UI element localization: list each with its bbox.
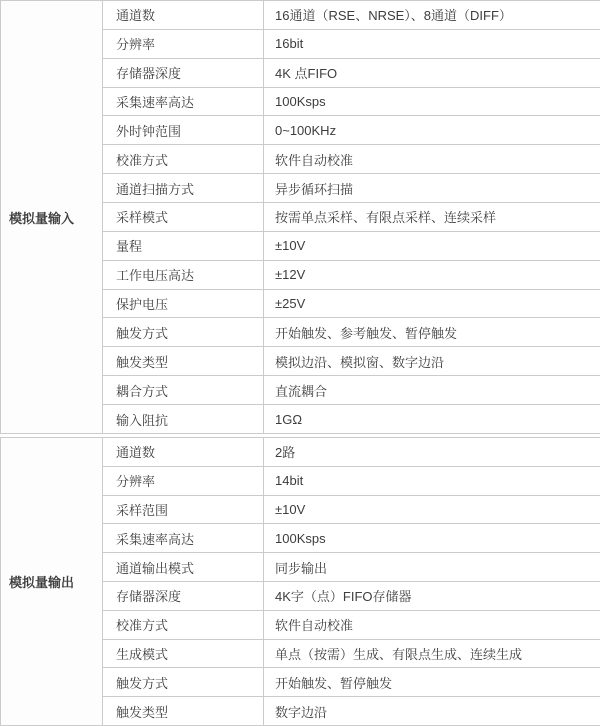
spec-param-cell: 触发方式 [103, 318, 264, 347]
spec-value-cell: 4K字（点）FIFO存储器 [264, 581, 600, 610]
spec-param-cell: 分辨率 [103, 29, 264, 58]
spec-value-cell: 16bit [264, 29, 600, 58]
spec-value-cell: 1GΩ [264, 405, 600, 434]
spec-param-cell: 输入阻抗 [103, 405, 264, 434]
spec-value-cell: 0~100KHz [264, 116, 600, 145]
spec-value-cell: 2路 [264, 438, 600, 467]
spec-param-cell: 采集速率高达 [103, 87, 264, 116]
spec-value-cell: ±10V [264, 495, 600, 524]
section-header-analog-input: 模拟量输入 [1, 1, 103, 434]
spec-param-cell: 生成模式 [103, 639, 264, 668]
spec-value-cell: ±10V [264, 231, 600, 260]
spec-value-cell: 开始触发、参考触发、暂停触发 [264, 318, 600, 347]
analog-output-spec-table: 模拟量输出 通道数 2路 分辨率 14bit 采样范围 ±10V 采集速率高达 … [0, 437, 600, 726]
spec-param-cell: 采样范围 [103, 495, 264, 524]
spec-param-cell: 采集速率高达 [103, 524, 264, 553]
spec-param-cell: 校准方式 [103, 145, 264, 174]
spec-param-cell: 触发类型 [103, 347, 264, 376]
spec-value-cell: 4K 点FIFO [264, 58, 600, 87]
spec-param-cell: 量程 [103, 231, 264, 260]
spec-value-cell: 同步输出 [264, 553, 600, 582]
spec-value-cell: ±12V [264, 260, 600, 289]
table-row: 模拟量输入 通道数 16通道（RSE、NRSE）、8通道（DIFF） [1, 1, 600, 30]
spec-value-cell: 数字边沿 [264, 697, 600, 726]
spec-value-cell: 软件自动校准 [264, 610, 600, 639]
spec-param-cell: 通道数 [103, 438, 264, 467]
spec-param-cell: 存储器深度 [103, 58, 264, 87]
spec-value-cell: 单点（按需）生成、有限点生成、连续生成 [264, 639, 600, 668]
spec-param-cell: 分辨率 [103, 466, 264, 495]
spec-value-cell: 开始触发、暂停触发 [264, 668, 600, 697]
spec-param-cell: 工作电压高达 [103, 260, 264, 289]
spec-value-cell: 100Ksps [264, 524, 600, 553]
section-header-analog-output: 模拟量输出 [1, 438, 103, 726]
spec-param-cell: 存储器深度 [103, 581, 264, 610]
spec-value-cell: 14bit [264, 466, 600, 495]
spec-value-cell: 按需单点采样、有限点采样、连续采样 [264, 203, 600, 232]
spec-value-cell: 16通道（RSE、NRSE）、8通道（DIFF） [264, 1, 600, 30]
spec-param-cell: 采样模式 [103, 203, 264, 232]
spec-value-cell: 100Ksps [264, 87, 600, 116]
spec-param-cell: 通道数 [103, 1, 264, 30]
spec-param-cell: 保护电压 [103, 289, 264, 318]
spec-param-cell: 触发类型 [103, 697, 264, 726]
spec-value-cell: 直流耦合 [264, 376, 600, 405]
spec-value-cell: 模拟边沿、模拟窗、数字边沿 [264, 347, 600, 376]
spec-param-cell: 校准方式 [103, 610, 264, 639]
spec-param-cell: 触发方式 [103, 668, 264, 697]
spec-value-cell: 异步循环扫描 [264, 174, 600, 203]
spec-sheet: 模拟量输入 通道数 16通道（RSE、NRSE）、8通道（DIFF） 分辨率 1… [0, 0, 600, 726]
spec-param-cell: 外时钟范围 [103, 116, 264, 145]
analog-input-spec-table: 模拟量输入 通道数 16通道（RSE、NRSE）、8通道（DIFF） 分辨率 1… [0, 0, 600, 434]
spec-value-cell: 软件自动校准 [264, 145, 600, 174]
spec-param-cell: 通道扫描方式 [103, 174, 264, 203]
spec-value-cell: ±25V [264, 289, 600, 318]
spec-param-cell: 耦合方式 [103, 376, 264, 405]
spec-param-cell: 通道输出模式 [103, 553, 264, 582]
table-row: 模拟量输出 通道数 2路 [1, 438, 600, 467]
